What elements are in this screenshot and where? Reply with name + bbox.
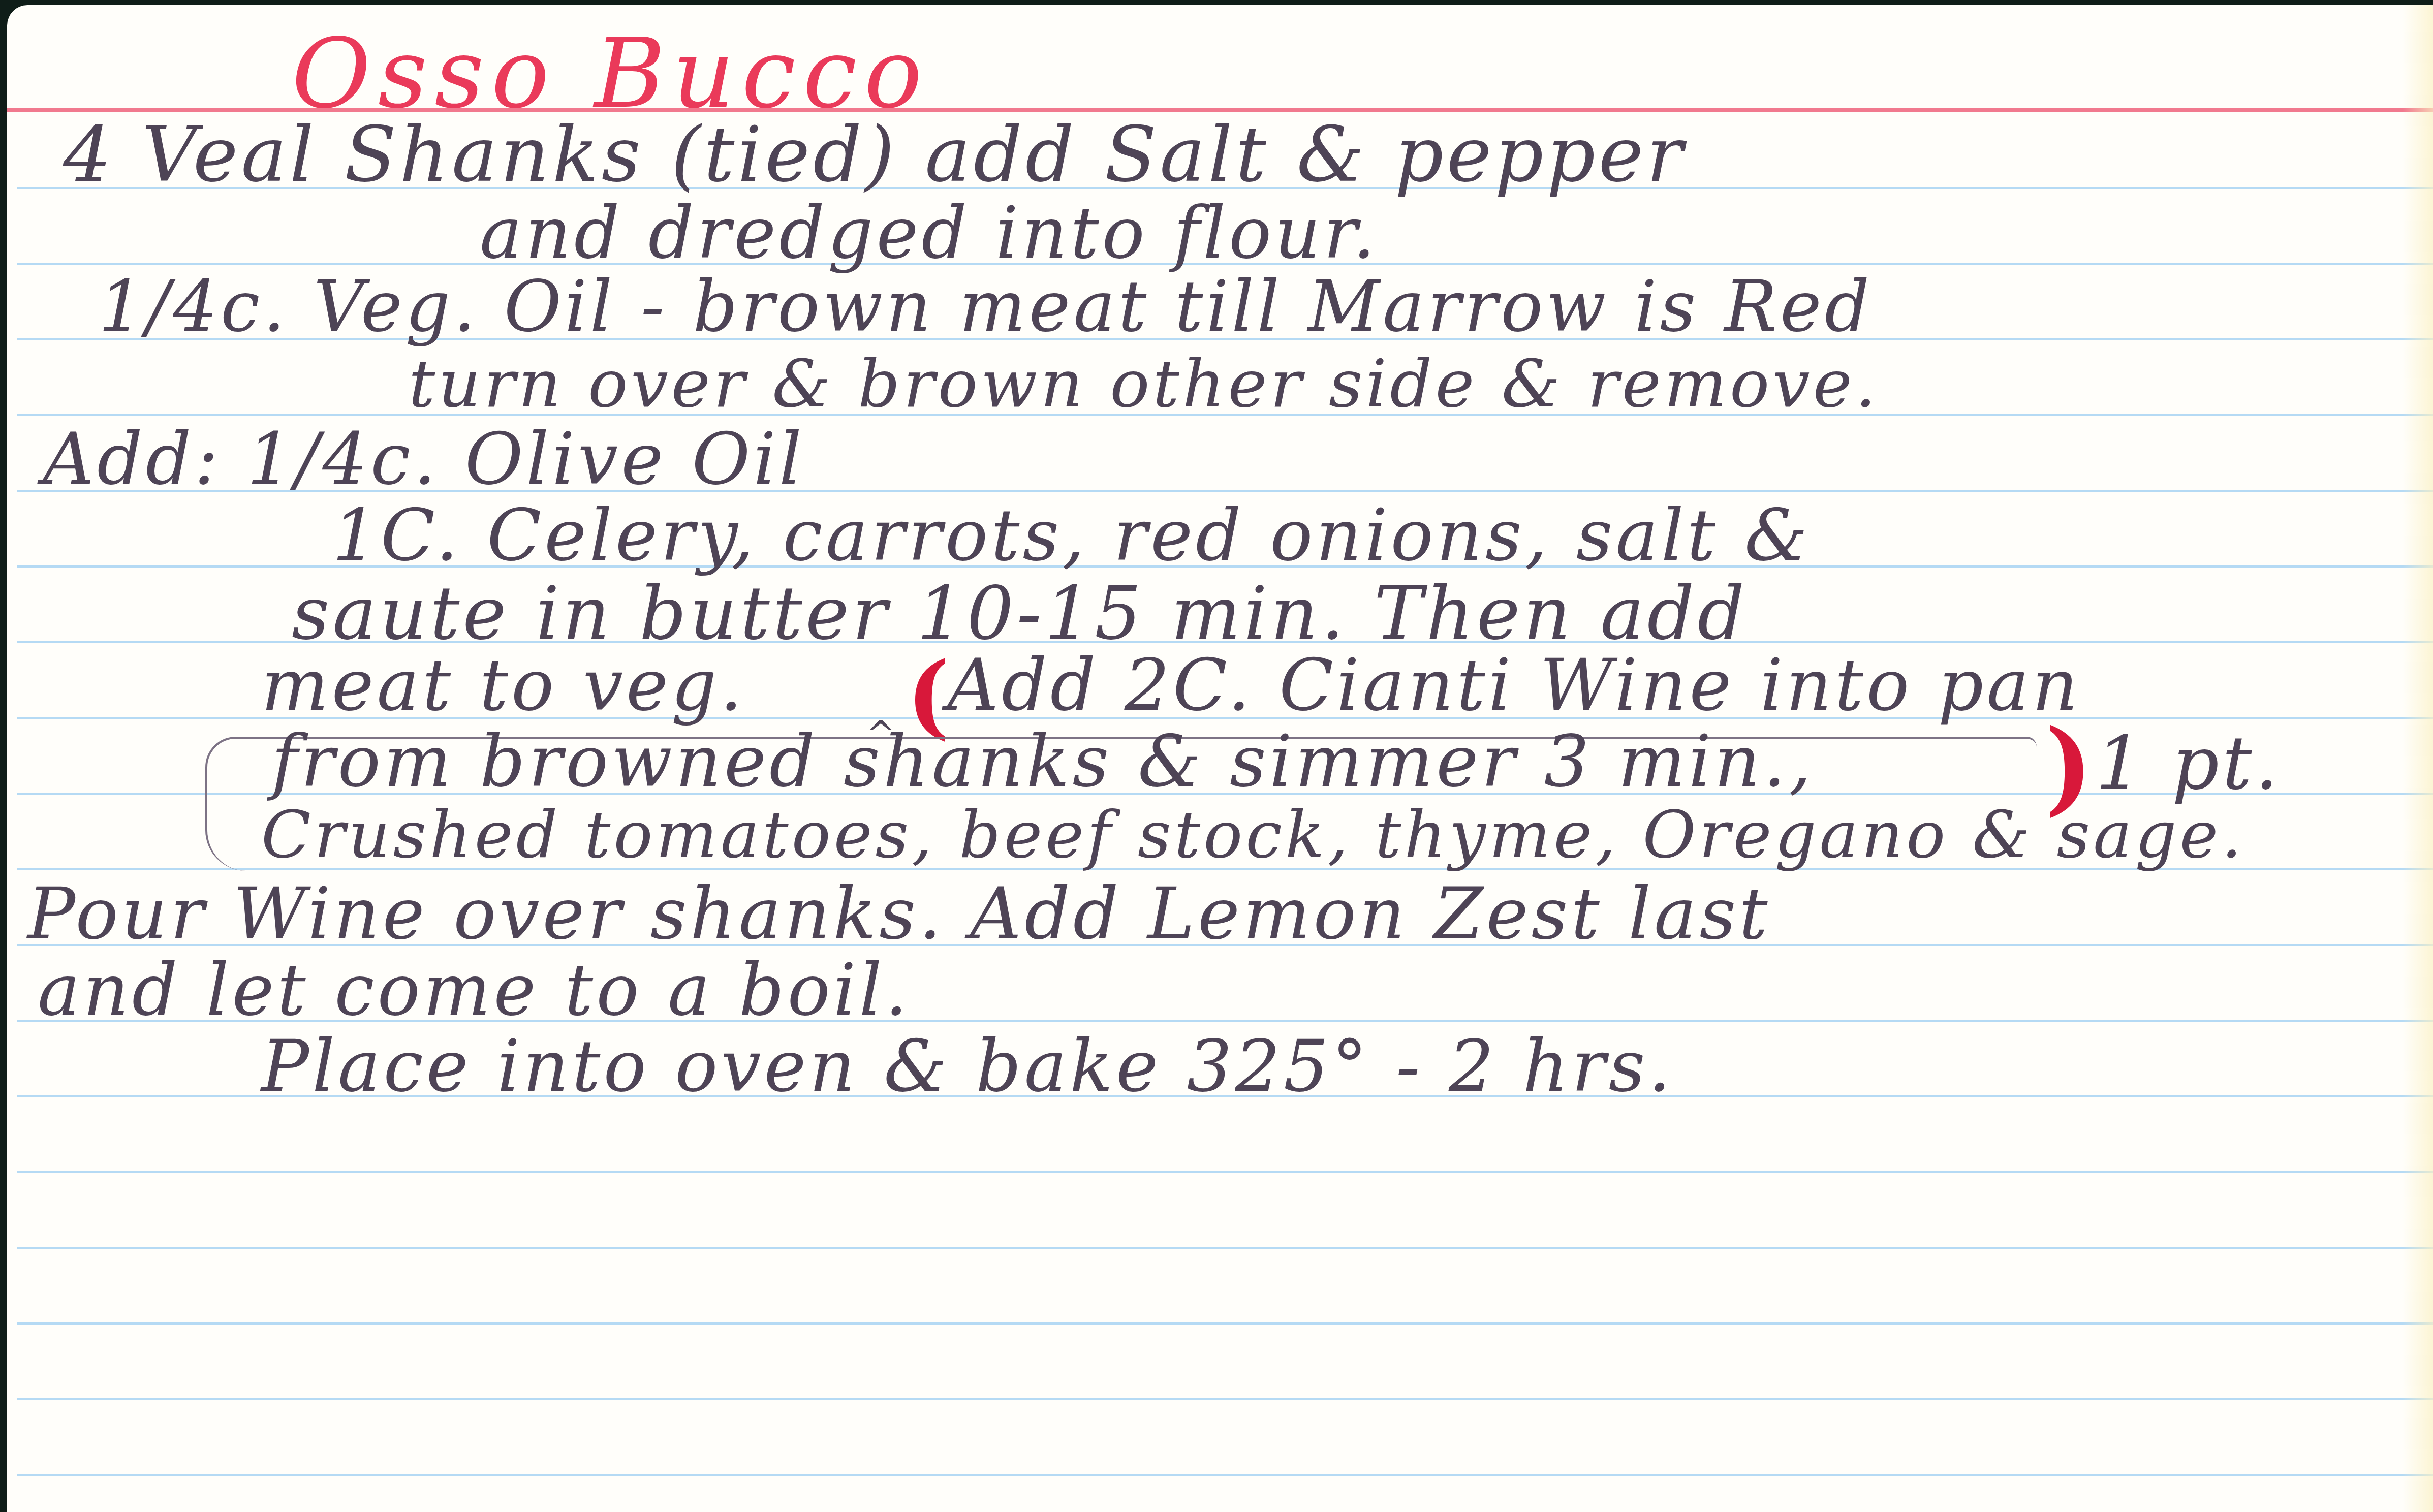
recipe-line-2: and dredged into flour. <box>480 198 1378 269</box>
recipe-line-7: saute in butter 10-15 min. Then add <box>292 577 1748 650</box>
recipe-line-8b: Add 2C. Cianti Wine into pan <box>947 650 2081 721</box>
recipe-line-10: Crushed tomatoes, beef stock, thyme, Ore… <box>261 803 2245 868</box>
recipe-line-4: turn over & brown other side & remove. <box>409 351 1879 417</box>
recipe-line-3: 1/4c. Veg. Oil - brown meat till Marrow … <box>99 272 1873 342</box>
blue-rule <box>17 1474 2433 1476</box>
blue-rule <box>17 1247 2433 1249</box>
recipe-line-9b: 1 pt. <box>2096 727 2282 800</box>
recipe-line-13: Place into oven & bake 325° - 2 hrs. <box>261 1031 1674 1102</box>
blue-rule <box>17 1398 2433 1400</box>
recipe-line-11: Pour Wine over shanks. Add Lemon Zest la… <box>27 879 1771 950</box>
blue-rule <box>17 1171 2433 1173</box>
recipe-line-5: Add: 1/4c. Olive Oil <box>43 424 805 495</box>
recipe-card: Osso Bucco 4 Veal Shanks (tied) add Salt… <box>7 5 2433 1512</box>
recipe-title: Osso Bucco <box>292 25 929 122</box>
recipe-line-6: 1C. Celery, carrots, red onions, salt & <box>332 500 1811 572</box>
recipe-line-12: and let come to a boil. <box>38 955 911 1026</box>
recipe-line-8a: meat to veg. <box>261 650 745 721</box>
recipe-line-1: 4 Veal Shanks (tied) add Salt & pepper <box>63 117 1686 193</box>
blue-rule <box>17 1322 2433 1325</box>
recipe-line-9: from browned shanks & simmer 3 min., <box>271 727 1815 798</box>
